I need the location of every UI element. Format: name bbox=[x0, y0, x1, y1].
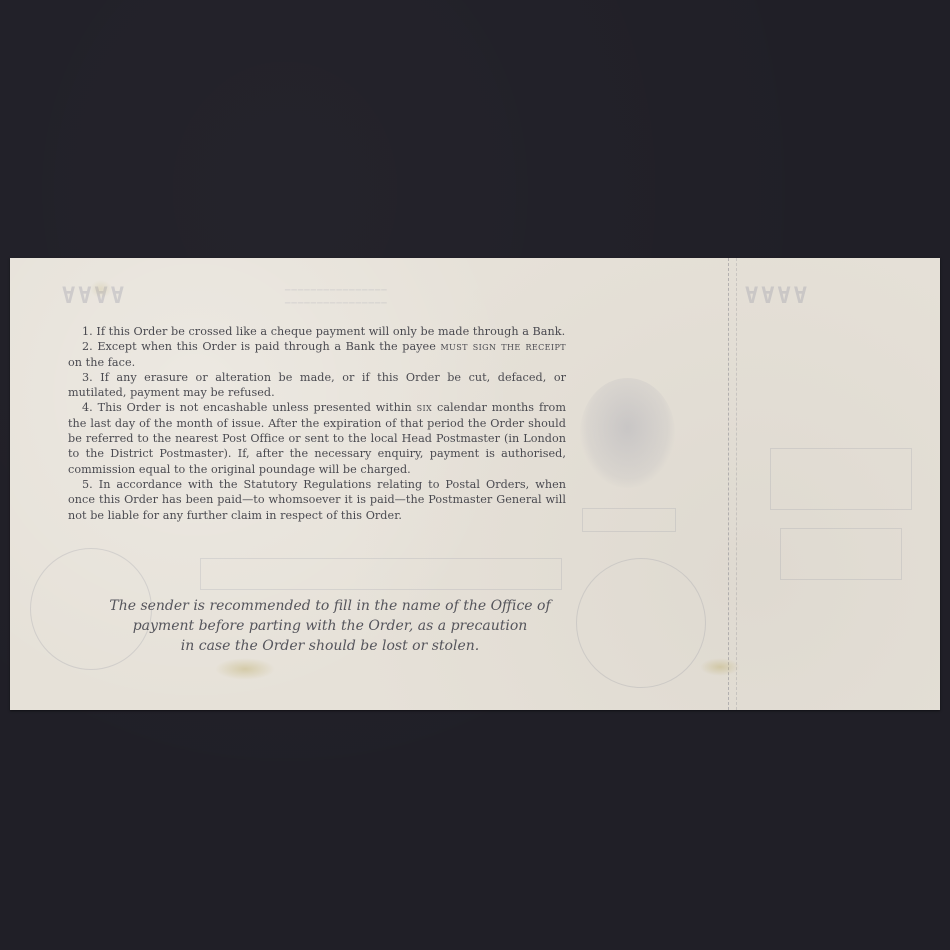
condition-number: 3. bbox=[82, 371, 93, 384]
condition-4: 4. This Order is not encashable unless p… bbox=[68, 400, 566, 476]
postal-order-reverse: ⱯⱯⱯⱯ ──────────────── ──────────────── Ɐ… bbox=[10, 258, 940, 710]
condition-2: 2. Except when this Order is paid throug… bbox=[68, 339, 566, 370]
perforation-line-inner bbox=[736, 258, 737, 710]
stain-top-left bbox=[90, 280, 112, 298]
condition-text: In accordance with the Statutory Regulat… bbox=[68, 478, 566, 522]
condition-text: This Order is not encashable unless pres… bbox=[98, 401, 412, 414]
condition-text: If this Order be crossed like a cheque p… bbox=[96, 325, 565, 338]
ghost-counterfoil-box-2 bbox=[780, 528, 902, 580]
sender-note: The sender is recommended to fill in the… bbox=[70, 596, 590, 656]
sender-note-line-2: payment before parting with the Order, a… bbox=[70, 616, 590, 636]
ghost-header-text: ──────────────── bbox=[285, 286, 388, 296]
ghost-portrait bbox=[580, 378, 675, 488]
condition-number: 2. bbox=[82, 340, 93, 353]
stain-bottom-right bbox=[700, 658, 740, 676]
condition-1: 1. If this Order be crossed like a chequ… bbox=[68, 324, 566, 339]
condition-number: 4. bbox=[82, 401, 93, 414]
ghost-value-box bbox=[582, 508, 676, 532]
sender-note-line-3: in case the Order should be lost or stol… bbox=[70, 636, 590, 656]
condition-number: 1. bbox=[82, 325, 93, 338]
perforation-line bbox=[728, 258, 729, 710]
condition-5: 5. In accordance with the Statutory Regu… bbox=[68, 477, 566, 523]
condition-3: 3. If any erasure or alteration be made,… bbox=[68, 370, 566, 401]
ghost-payee-box bbox=[200, 558, 562, 590]
ghost-header-text-2: ──────────────── bbox=[285, 299, 388, 309]
condition-number: 5. bbox=[82, 478, 93, 491]
ghost-stamp-circle bbox=[576, 558, 706, 688]
stain-bottom-left bbox=[215, 658, 275, 680]
sender-note-line-1: The sender is recommended to fill in the… bbox=[70, 596, 590, 616]
condition-text: Except when this Order is paid through a… bbox=[97, 340, 436, 353]
condition-text: If any erasure or alteration be made, or… bbox=[68, 371, 566, 399]
condition-text: on the face. bbox=[68, 356, 135, 369]
condition-emphasis: six bbox=[417, 401, 433, 414]
conditions-list: 1. If this Order be crossed like a chequ… bbox=[68, 324, 566, 523]
ghost-serial-right: ⱯⱯⱯⱯ bbox=[745, 284, 810, 309]
condition-emphasis: must sign the receipt bbox=[440, 340, 566, 353]
ghost-counterfoil-box bbox=[770, 448, 912, 510]
